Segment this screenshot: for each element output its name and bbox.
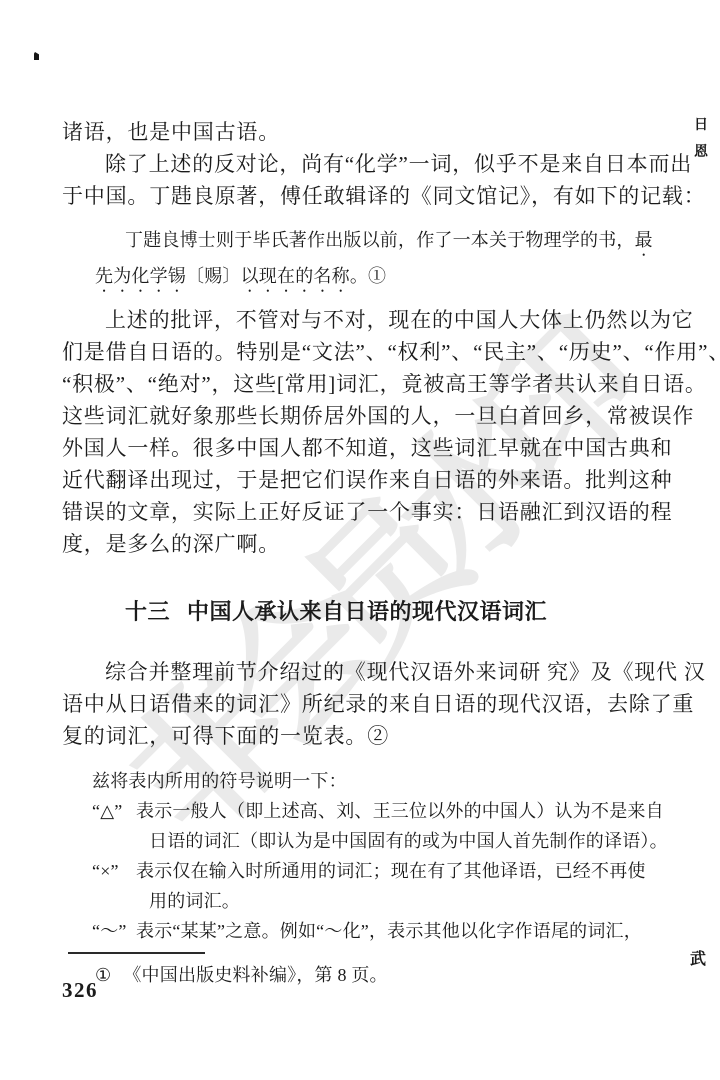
ink-speck (34, 52, 39, 60)
footnote-text: 《中国出版史料补编》，第 8 页。 (123, 965, 387, 985)
paragraph-line: 度，是多么的深广啊。 (62, 528, 654, 560)
margin-bleed-top: 日 恩 (692, 112, 710, 166)
quote-text-emphasized: 以现在的名称 (241, 266, 350, 286)
quote-text: 。① (350, 266, 386, 286)
legend-definition-line: 表示“某某”之意。例如“～化”，表示其他以化字作语尾的词汇， (136, 916, 654, 946)
paragraph-line: 上述的批评，不管对与不对，现在的中国人大体上仍然以为它 (62, 304, 654, 336)
legend-definition: 表示“某某”之意。例如“～化”，表示其他以化字作语尾的词汇， (136, 916, 654, 946)
paragraph-line: 复的词汇，可得下面的一览表。② (62, 720, 654, 752)
footnote-divider (68, 952, 205, 954)
legend-item-tilde: “～” 表示“某某”之意。例如“～化”，表示其他以化字作语尾的词汇， (92, 916, 654, 946)
section-title: 中国人承认来自日语的现代汉语词汇 (187, 599, 547, 624)
section-number: 十三 (125, 599, 170, 624)
legend-intro: 兹将表内所用的符号说明一下： (92, 766, 654, 796)
paragraph-line: 错误的文章，实际上正好反证了一个事实：日语融汇到汉语的程 (62, 496, 654, 528)
paragraph-line: “积极”、“绝对”，这些[常用]词汇，竟被高王等学者共认来自日语。 (62, 368, 654, 400)
margin-bleed-char: 日 (692, 112, 710, 139)
paragraph-line: 诸语，也是中国古语。 (62, 116, 654, 148)
quote-text-emphasized: 先为化学锡 (95, 266, 186, 286)
legend-definition-line: 用的词汇。 (136, 886, 654, 916)
legend-item-cross: “×” 表示仅在输入时所通用的词汇；现在有了其他译语，已经不再使 用的词汇。 (92, 856, 654, 916)
symbol-legend: 兹将表内所用的符号说明一下： “△” 表示一般人（即上述高、刘、王三位以外的中国… (92, 766, 654, 946)
paragraph-line: 综合并整理前节介绍过的《现代汉语外来词研 究》及《现代 汉 (62, 656, 654, 688)
legend-symbol: “×” (92, 856, 136, 916)
paragraph-line: 于中国。丁韪良原著，傅任敢辑译的《同文馆记》，有如下的记载： (62, 180, 654, 212)
paragraph-line: 除了上述的反对论，尚有“化学”一词，似乎不是来自日本而出 (62, 148, 654, 180)
legend-symbol: “△” (92, 796, 136, 856)
legend-symbol: “～” (92, 916, 136, 946)
footnote: ①《中国出版史料补编》，第 8 页。 (95, 962, 654, 988)
paragraph-line: 外国人一样。很多中国人都不知道，这些词汇早就在中国古典和 (62, 432, 654, 464)
page-body: 诸语，也是中国古语。 除了上述的反对论，尚有“化学”一词，似乎不是来自日本而出 … (62, 116, 654, 988)
quote-text: 丁韪良博士则于毕氏著作出版以前，作了一本关于物理学的书， (125, 230, 635, 250)
paragraph-line: 近代翻译出现过，于是把它们误作来自日语的外来语。批判这种 (62, 464, 654, 496)
legend-definition-line: 表示一般人（即上述高、刘、王三位以外的中国人）认为不是来自 (136, 796, 668, 826)
section-heading: 十三中国人承认来自日语的现代汉语词汇 (125, 596, 654, 628)
quote-line: 先为化学锡〔赐〕以现在的名称。① (95, 260, 654, 296)
block-quote: 丁韪良博士则于毕氏著作出版以前，作了一本关于物理学的书，最 先为化学锡〔赐〕以现… (95, 224, 654, 296)
page-number: 326 (62, 978, 98, 1003)
margin-bleed-char: 恩 (692, 139, 710, 166)
quote-text-emphasized: 最 (635, 230, 653, 250)
book-page: 非会员水印 日 恩 武 诸语，也是中国古语。 除了上述的反对论，尚有“化学”一词… (0, 0, 720, 1080)
legend-definition: 表示一般人（即上述高、刘、王三位以外的中国人）认为不是来自 日语的词汇（即认为是… (136, 796, 668, 856)
legend-definition: 表示仅在输入时所通用的词汇；现在有了其他译语，已经不再使 用的词汇。 (136, 856, 654, 916)
margin-bleed-bottom: 武 (690, 946, 706, 969)
quote-text: 〔赐〕 (186, 266, 241, 286)
legend-definition-line: 日语的词汇（即认为是中国固有的或为中国人首先制作的译语）。 (136, 826, 668, 856)
paragraph-line: 这些词汇就好象那些长期侨居外国的人，一旦白首回乡，常被误作 (62, 400, 654, 432)
legend-definition-line: 表示仅在输入时所通用的词汇；现在有了其他译语，已经不再使 (136, 856, 654, 886)
paragraph-line: 语中从日语借来的词汇》所纪录的来自日语的现代汉语，去除了重 (62, 688, 654, 720)
quote-line: 丁韪良博士则于毕氏著作出版以前，作了一本关于物理学的书，最 (95, 224, 654, 260)
legend-item-triangle: “△” 表示一般人（即上述高、刘、王三位以外的中国人）认为不是来自 日语的词汇（… (92, 796, 654, 856)
paragraph-line: 们是借自日语的。特别是“文法”、“权利”、“民主”、“历史”、“作用”、 (62, 336, 654, 368)
